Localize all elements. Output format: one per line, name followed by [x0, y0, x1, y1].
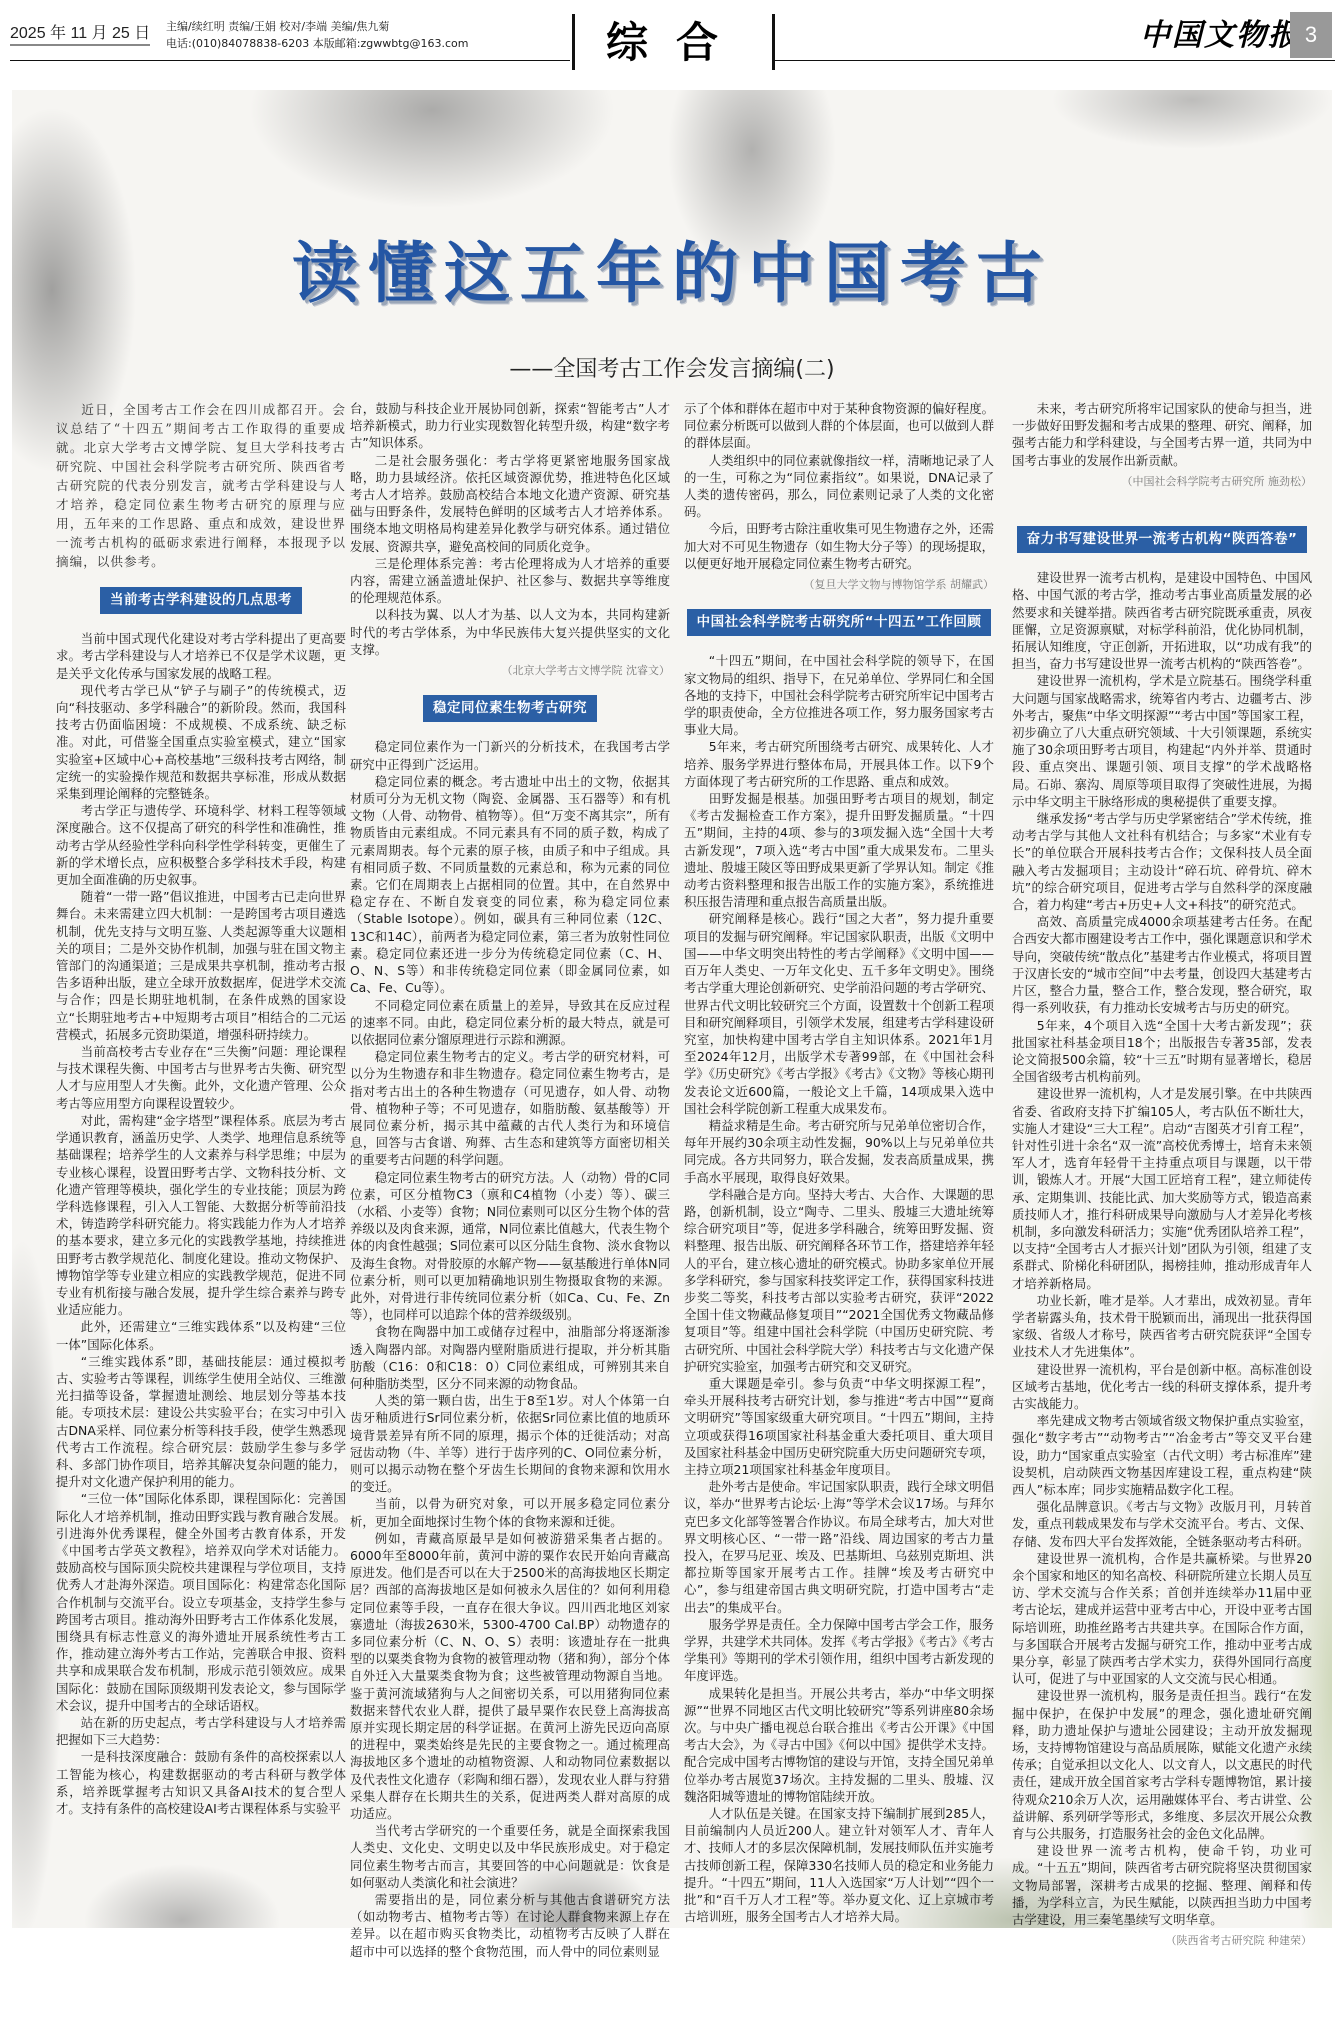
masthead: 2025 年 11 月 25 日 主编/续红明 责编/王娟 校对/李端 美编/焦… [0, 0, 1344, 72]
column-3: 示了个体和群体在超市中对于某种食物资源的偏好程度。同位素分析既可以做到人群的个体… [684, 400, 994, 1925]
article-paragraph: 学科融合是方向。坚持大考古、大合作、大课题的思路，创新机制，设立“陶寺、二里头、… [684, 1186, 994, 1375]
article-paragraph: 例如，青藏高原最早是如何被游猎采集者占据的。6000年至8000年前，黄河中游的… [350, 1530, 670, 1822]
article-paragraph: 今后，田野考古除注重收集可见生物遗存之外，还需加大对不可见生物遗存（如生物大分子… [684, 520, 994, 572]
article-paragraph: “十四五”期间，在中国社会科学院的领导下，在国家文物局的组织、指导下，在兄弟单位… [684, 652, 994, 738]
article-paragraph: 对此，需构建“金字塔型”课程体系。底层为考古学通识教育，涵盖历史学、人类学、地理… [56, 1112, 346, 1318]
author-signature: （中国社会科学院考古研究所 施劲松） [1012, 473, 1312, 490]
article-paragraph: 研究阐释是核心。践行“国之大者”，努力提升重要项目的发掘与研究阐释。牢记国家队职… [684, 910, 994, 1116]
newspaper-logo: 中国文物报 [1140, 10, 1300, 54]
article-paragraph: 三是伦理体系完善：考古伦理将成为人才培养的重要内容，需建立涵盖遗址保护、社区参与… [350, 555, 670, 607]
article-paragraph: 精益求精是生命。考古研究所与兄弟单位密切合作，每年开展约30余项主动性发掘，90… [684, 1117, 994, 1186]
section-divider-left [572, 14, 575, 70]
article-paragraph: 建设世界一流考古机构，使命千钧，功业可成。“十五五”期间，陕西省考古研究院将坚决… [1012, 1842, 1312, 1928]
header-rule-right [775, 60, 1335, 61]
section-divider-right [772, 14, 775, 70]
lead-paragraph: 近日，全国考古工作会在四川成都召开。会议总结了“十四五”期间考古工作取得的重要成… [56, 400, 346, 571]
article-paragraph: 当前中国式现代化建设对考古学科提出了更高要求。考古学科建设与人才培养已不仅是学术… [56, 630, 346, 682]
credits-contact: 电话:(010)84078838-6203 本版邮箱:zgwwbtg@163.c… [166, 35, 468, 52]
article-paragraph: “三位一体”国际化体系即，课程国际化：完善国际化人才培养机制，推动田野实践与教育… [56, 1490, 346, 1714]
article-paragraph: 5年来，考古研究所围绕考古研究、成果转化、人才培养、服务学界进行整体布局，开展具… [684, 738, 994, 790]
article-paragraph: 建设世界一流机构，学术是立院基石。围绕学科重大问题与国家战略需求，统筹省内考古、… [1012, 672, 1312, 810]
article-paragraph: 继承发扬“考古学与历史学紧密结合”学术传统，推动考古学与其他人文社科有机结合；与… [1012, 810, 1312, 913]
author-signature: （复旦大学文物与博物馆学系 胡耀武） [684, 576, 994, 593]
article-paragraph: 稳定同位素作为一门新兴的分析技术，在我国考古学研究中正得到广泛运用。 [350, 738, 670, 772]
article-paragraph: 不同稳定同位素在质量上的差异，导致其在反应过程的速率不同。由此，稳定同位素分析的… [350, 997, 670, 1049]
article-paragraph: 稳定同位素生物考古的研究方法。人（动物）骨的C同位素，可区分植物C3（禀和C4植… [350, 1169, 670, 1324]
article-paragraph: 站在新的历史起点，考古学科建设与人才培养需把握如下三大趋势： [56, 1714, 346, 1748]
column-2: 台，鼓励与科技企业开展协同创新，探索“智能考古”人才培养新模式，助力行业实现数智… [350, 400, 670, 1960]
editorial-credits: 主编/续红明 责编/王娟 校对/李端 美编/焦九菊 电话:(010)840788… [166, 18, 468, 52]
article-paragraph: 建设世界一流机构，人才是发展引擎。在中共陕西省委、省政府支持下扩编105人，考古… [1012, 1085, 1312, 1291]
article-paragraph: 人类组织中的同位素就像指纹一样，清晰地记录了人的一生，可称之为“同位素指纹”。如… [684, 452, 994, 521]
author-signature: （陕西省考古研究院 种建荣） [1012, 1932, 1312, 1949]
article-paragraph: 强化品牌意识。《考古与文物》改版月刊，月转首发，重点刊载成果发布与学术交流平台。… [1012, 1498, 1312, 1550]
article-paragraph: 考古学正与遗传学、环境科学、材料工程等领域深度融合。这不仅提高了研究的科学性和准… [56, 802, 346, 888]
article-paragraph: 稳定同位素的概念。考古遗址中出土的文物，依据其材质可分为无机文物（陶瓷、金属器、… [350, 773, 670, 997]
section-heading-discipline: 当前考古学科建设的几点思考 [100, 587, 302, 614]
article-paragraph: 率先建成文物考古领域省级文物保护重点实验室，强化“数字考古”“动物考古”“冶金考… [1012, 1412, 1312, 1498]
article-paragraph: 当前高校考古专业存在“三失衡”问题：理论课程与技术课程失衡、中国考古与世界考古失… [56, 1043, 346, 1112]
section-heading-shaanxi: 奋力书写建设世界一流考古机构“陕西答卷” [1017, 526, 1308, 553]
article-paragraph: 成果转化是担当。开展公共考古，举办“中华文明探源”“世界不同地区古代文明比较研究… [684, 1685, 994, 1805]
article-paragraph: 一是科技深度融合：鼓励有条件的高校探索以人工智能为核心，构建数据驱动的考古科研与… [56, 1748, 346, 1817]
article-paragraph: 建设世界一流考古机构，是建设中国特色、中国风格、中国气派的考古学，推动考古事业高… [1012, 569, 1312, 672]
page-number-badge: 3 [1290, 12, 1332, 58]
article-paragraph: 稳定同位素生物考古的定义。考古学的研究材料，可以分为生物遗存和非生物遗存。稳定同… [350, 1048, 670, 1168]
header-rule-left [10, 60, 570, 61]
author-signature: （北京大学考古文博学院 沈睿文） [350, 662, 670, 679]
section-heading-isotope: 稳定同位素生物考古研究 [423, 695, 597, 722]
article-paragraph: 田野发掘是根基。加强田野考古项目的规划，制定《考古发掘检查工作方案》，提升田野发… [684, 790, 994, 910]
article-paragraph: 人类的第一颗白齿，出生于8至1岁。对人个体第一白齿牙釉质进行Sr同位素分析，依据… [350, 1392, 670, 1495]
article-paragraph: 食物在陶器中加工或储存过程中，油脂部分将逐渐渗透入陶器内部。对陶器内壁附脂质进行… [350, 1323, 670, 1392]
article-paragraph: 台，鼓励与科技企业开展协同创新，探索“智能考古”人才培养新模式，助力行业实现数智… [350, 400, 670, 452]
article-paragraph: 功业长新，唯才是举。人才辈出，成效初显。青年学者崭露头角，技术骨干脱颖而出，涌现… [1012, 1292, 1312, 1361]
article-paragraph: 现代考古学已从“铲子与刷子”的传统模式，迈向“科技驱动、多学科融合”的新阶段。然… [56, 682, 346, 802]
article-paragraph: 示了个体和群体在超市中对于某种食物资源的偏好程度。同位素分析既可以做到人群的个体… [684, 400, 994, 452]
article-paragraph: 此外，还需建立“三维实践体系”以及构建“三位一体”国际化体系。 [56, 1318, 346, 1352]
article-paragraph: 建设世界一流机构，平台是创新中枢。高标准创设区域考古基地，优化考古一线的科研支撑… [1012, 1361, 1312, 1413]
article-paragraph: 重大课题是牵引。参与负责“中华文明探源工程”，牵头开展科技考古研究计划，参与推进… [684, 1375, 994, 1478]
article-paragraph: 赴外考古是使命。牢记国家队职责，践行全球文明倡议，举办“世界考古论坛·上海”等学… [684, 1478, 994, 1616]
credits-editors: 主编/续红明 责编/王娟 校对/李端 美编/焦九菊 [166, 18, 468, 35]
column-1: 近日，全国考古工作会在四川成都召开。会议总结了“十四五”期间考古工作取得的重要成… [56, 400, 346, 1817]
article-paragraph: 当前，以骨为研究对象，可以开展多稳定同位素分析，更加全面地探讨生物个体的食物来源… [350, 1495, 670, 1529]
article-paragraph: 随着“一带一路”倡议推进，中国考古已走向世界舞台。未来需建立四大机制：一是跨国考… [56, 888, 346, 1043]
issue-date: 2025 年 11 月 25 日 [10, 20, 150, 46]
page-title: 读懂这五年的中国考古 [0, 220, 1344, 315]
article-paragraph: 以科技为翼、以人才为基、以人文为本，共同构建新时代的考古学体系，为中华民族伟大复… [350, 606, 670, 658]
article-paragraph: 未来，考古研究所将牢记国家队的使命与担当，进一步做好田野发掘和考古成果的整理、研… [1012, 400, 1312, 469]
page-subtitle: ——全国考古工作会发言摘编(二) [0, 352, 1344, 383]
article-paragraph: “三维实践体系”即，基础技能层：通过模拟考古、实验考古等课程，训练学生使用全站仪… [56, 1353, 346, 1491]
article-paragraph: 建设世界一流机构，合作是共赢桥梁。与世界20余个国家和地区的知名高校、科研院所建… [1012, 1550, 1312, 1688]
article-paragraph: 5年来，4个项目入选“全国十大考古新发现”；获批国家社科基金项目18个；出版报告… [1012, 1017, 1312, 1086]
article-paragraph: 高效、高质量完成4000余项基建考古任务。在配合西安大都市圈建设考古工作中，强化… [1012, 913, 1312, 1016]
article-paragraph: 建设世界一流机构，服务是责任担当。践行“在发掘中保护，在保护中发展”的理念，强化… [1012, 1687, 1312, 1842]
section-name: 综合 [606, 10, 746, 70]
article-paragraph: 人才队伍是关键。在国家支持下编制扩展到285人，目前编制内人员近200人。建立针… [684, 1805, 994, 1925]
article-paragraph: 二是社会服务强化：考古学将更紧密地服务国家战略，助力县域经济。依托区域资源优势，… [350, 452, 670, 555]
article-paragraph: 需要指出的是，同位素分析与其他古食谱研究方法（如动物考古、植物考古等）在讨论人群… [350, 1891, 670, 1960]
section-heading-cass-review: 中国社会科学院考古研究所“十四五”工作回顾 [687, 609, 992, 636]
column-4: 未来，考古研究所将牢记国家队的使命与担当，进一步做好田野发掘和考古成果的整理、研… [1012, 400, 1312, 1949]
article-paragraph: 当代考古学研究的一个重要任务，就是全面探索我国人类史、文化史、文明史以及中华民族… [350, 1822, 670, 1891]
article-paragraph: 服务学界是责任。全力保障中国考古学会工作，服务学界，共建学术共同体。发挥《考古学… [684, 1616, 994, 1685]
